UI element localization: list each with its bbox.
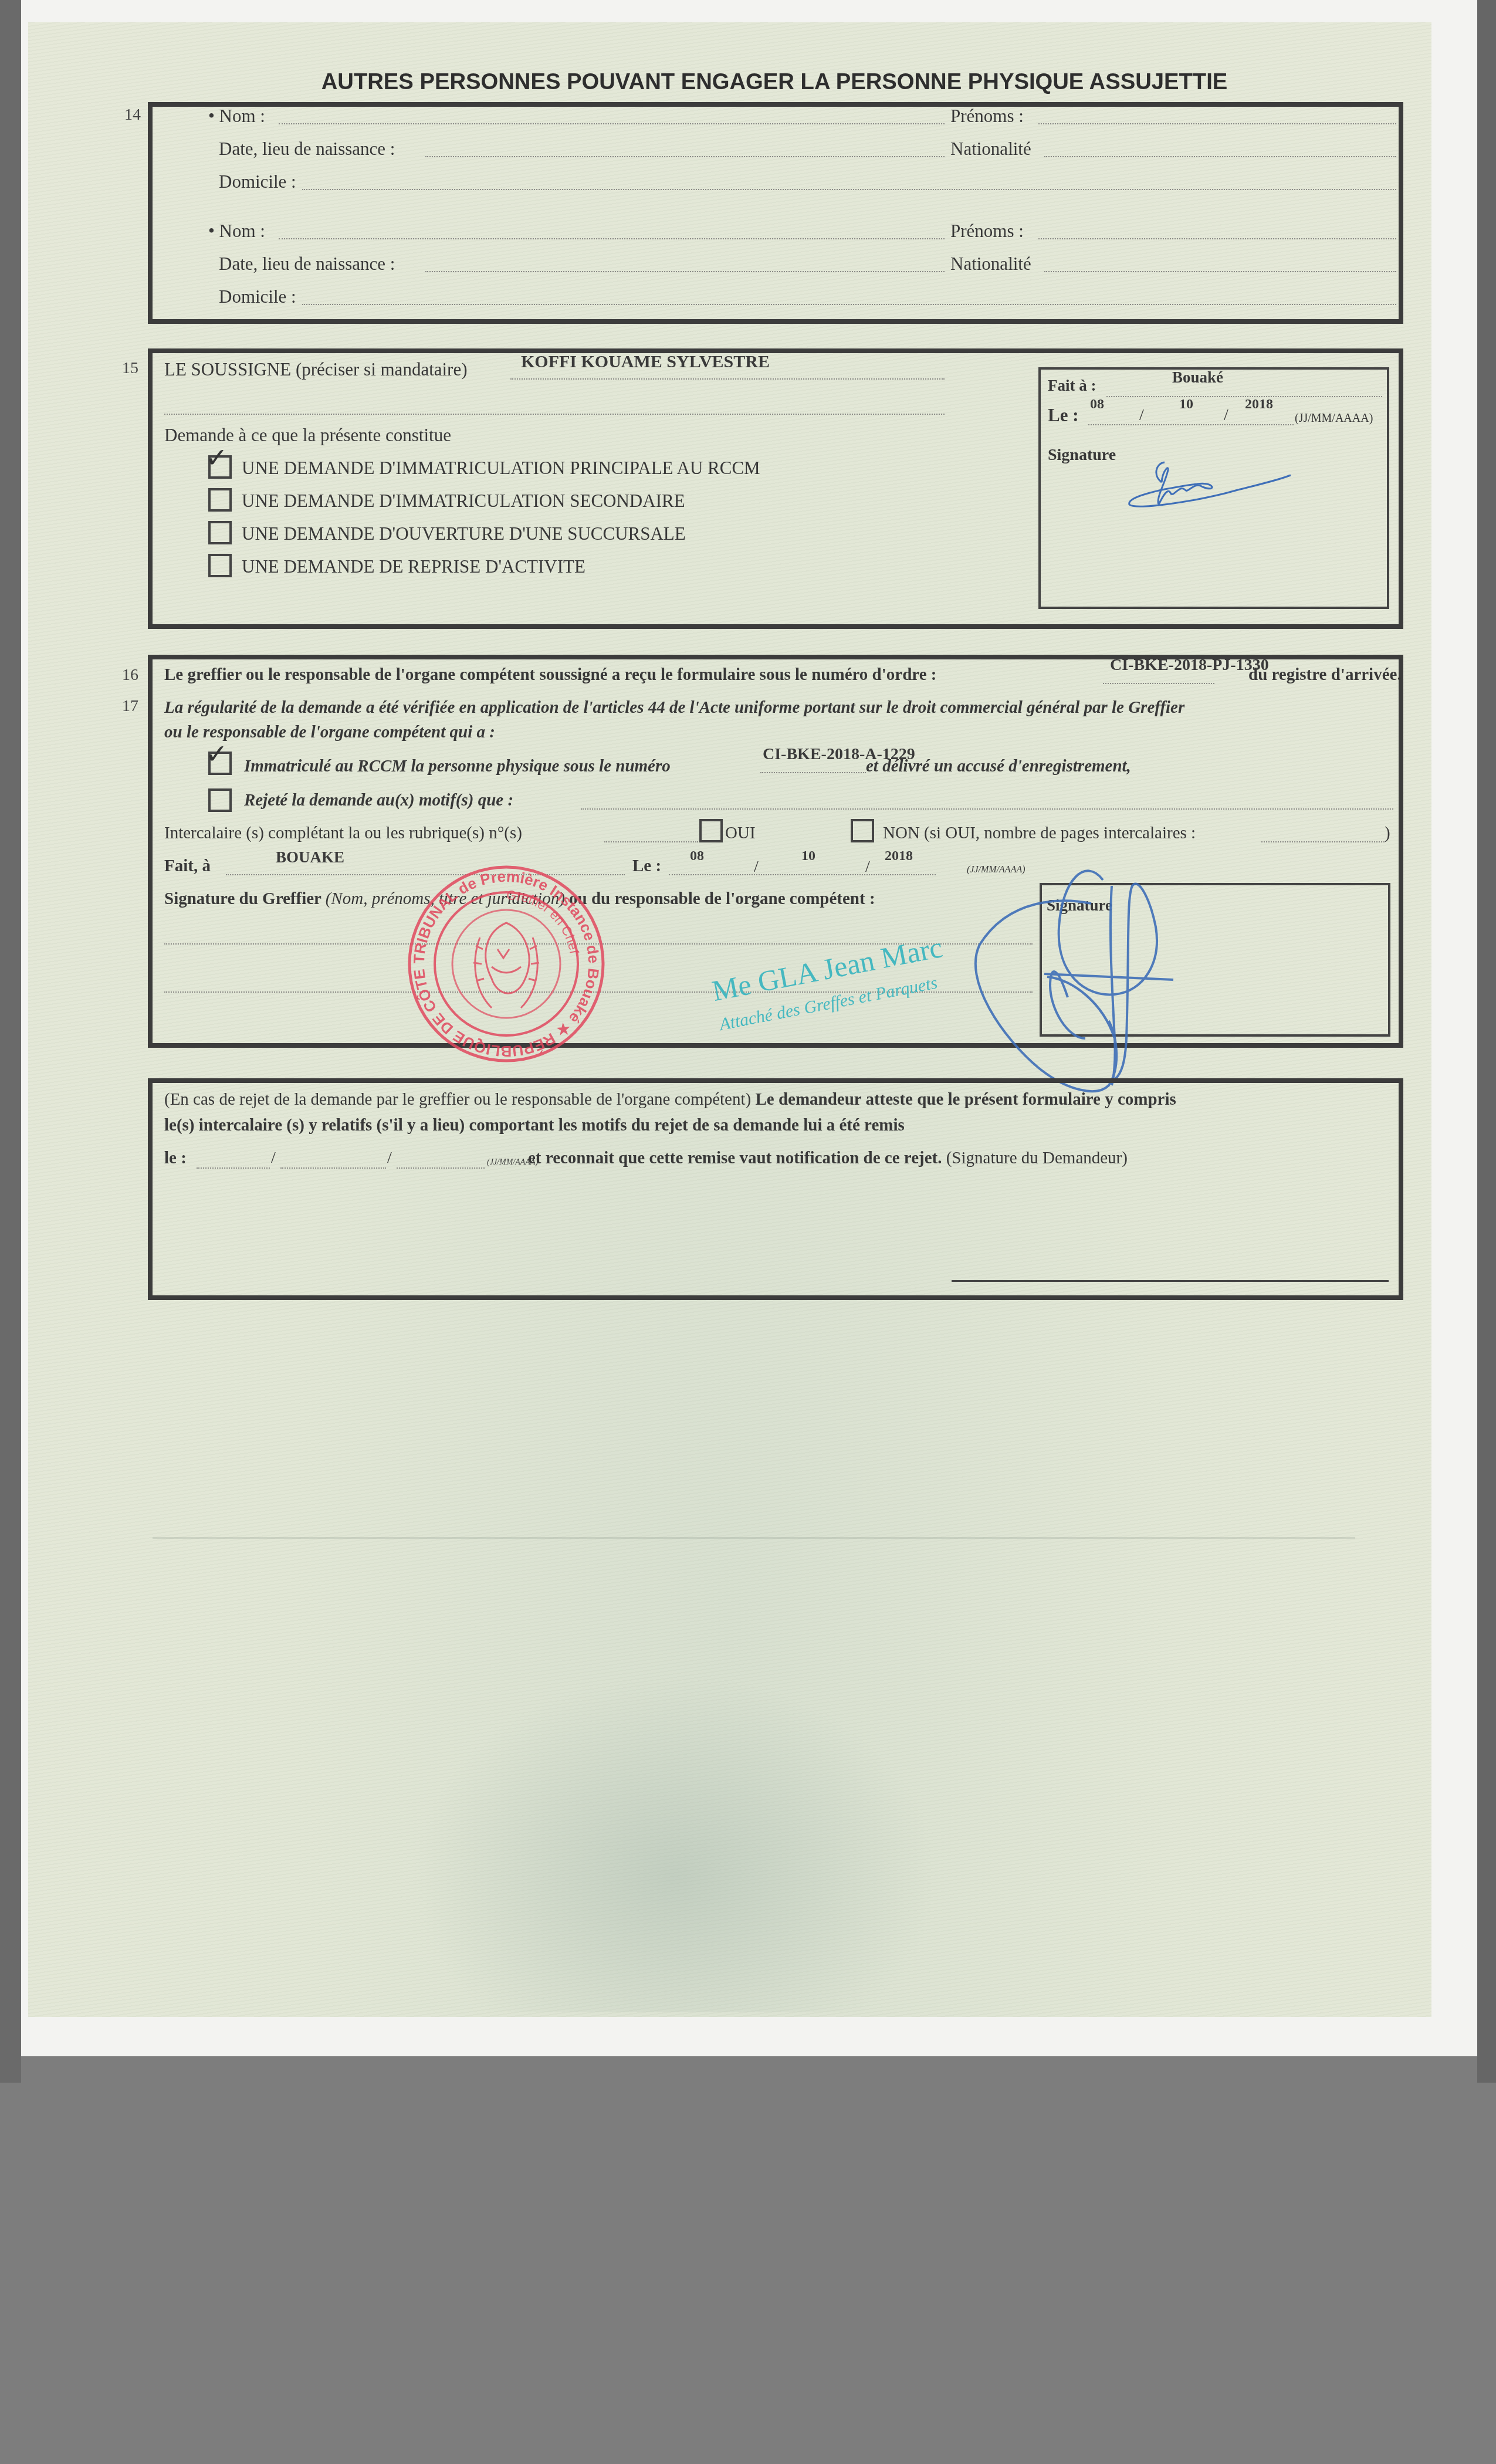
section-number-16: 16 [122,666,138,685]
option-immatriculation-secondaire: UNE DEMANDE D'IMMATRICULATION SECONDAIRE [242,490,685,512]
le-label: Le : [632,857,661,876]
section-number-17: 17 [122,697,138,716]
prenoms-label: Prénoms : [950,106,1024,127]
nationalite-field[interactable] [1044,271,1396,272]
scan-border-left [0,0,21,2083]
scan-border-right [1477,0,1496,2083]
rejection-box [148,1078,1403,1300]
date-month[interactable]: 10 [1179,397,1193,412]
date-year[interactable]: 2018 [885,848,913,864]
section-17-intro-line1: La régularité de la demande a été vérifi… [164,698,1184,717]
numero-ordre-value[interactable]: CI-BKE-2018-PJ-1330 [1110,656,1269,675]
option-ouverture-succursale: UNE DEMANDE D'OUVERTURE D'UNE SUCCURSALE [242,523,686,544]
checkmark-icon: ✓ [205,445,228,472]
prenoms-field[interactable] [1038,123,1396,124]
immatricule-suffix: et délivré un accusé d'enregistrement, [866,757,1131,776]
rejection-line-3: et reconnait que cette remise vaut notif… [528,1149,1128,1168]
date-day[interactable]: 08 [690,848,704,864]
date-field-line [1088,424,1294,425]
signature-greffier-rest: ou du responsable de l'organe compétent … [569,889,875,908]
nationalite-label: Nationalité [950,253,1031,275]
section-16-text: Le greffier ou le responsable de l'organ… [164,665,936,685]
show-through-line [153,1502,1355,1539]
fait-a-label: Fait, à [164,857,211,876]
numero-ordre-field-line [1103,683,1214,684]
nationalite-label: Nationalité [950,138,1031,160]
section-16-suffix: du registre d'arrivée. [1248,665,1402,685]
checkbox-reprise-activite[interactable] [208,554,232,577]
intercalaire-field[interactable] [604,841,698,842]
numero-rccm-field-line [760,772,866,773]
soussigne-label: LE SOUSSIGNE (préciser si mandataire) [164,359,468,380]
date-format-hint: (JJ/MM/AAAA) [1295,412,1373,425]
signature-greffier-bold: Signature du Greffier [164,889,321,908]
rejete-label: Rejeté la demande au(x) motif(s) que : [244,791,513,810]
nom-label: • Nom : [208,106,265,127]
fait-a-value[interactable]: BOUAKE [276,848,344,867]
pages-intercalaires-field[interactable] [1261,841,1385,842]
close-paren: ) [1385,824,1390,843]
intercalaire-label: Intercalaire (s) complétant la ou les ru… [164,824,522,843]
nationalite-field[interactable] [1044,156,1396,157]
option-immatriculation-principale: UNE DEMANDE D'IMMATRICULATION PRINCIPALE… [242,458,760,479]
prenoms-label: Prénoms : [950,221,1024,242]
checkbox-rejete[interactable] [208,788,232,812]
checkmark-icon: ✓ [205,741,228,768]
domicile-label: Domicile : [219,171,296,192]
greffier-signature [968,862,1273,1109]
section-number-14: 14 [124,106,141,124]
rejection-line-1-normal: (En cas de rejet de la demande par le gr… [164,1090,751,1109]
date-day[interactable]: 08 [1090,397,1104,412]
declarant-signature [1121,458,1308,510]
naissance-field[interactable] [425,271,945,272]
watermark-emblem [411,1672,939,2012]
checkbox-non[interactable] [851,819,874,842]
rejection-date-year-field[interactable] [397,1167,485,1169]
non-label: NON (si OUI, nombre de pages intercalair… [883,824,1196,843]
date-separator: / [1224,406,1228,425]
date-year[interactable]: 2018 [1245,397,1273,412]
oui-label: OUI [725,824,756,843]
naissance-label: Date, lieu de naissance : [219,138,395,160]
page-title: AUTRES PERSONNES POUVANT ENGAGER LA PERS… [15,69,1496,95]
signature-label: Signature [1048,446,1116,465]
fait-field-line [1106,396,1382,397]
checkbox-oui[interactable] [699,819,723,842]
nom-field[interactable] [279,123,945,124]
prenoms-field[interactable] [1038,238,1396,239]
soussigne-value[interactable]: KOFFI KOUAME SYLVESTRE [521,352,770,372]
nom-field[interactable] [279,238,945,239]
section-number-15: 15 [122,359,138,378]
date-field-line [669,874,936,875]
fait-value[interactable]: Bouaké [1172,368,1223,387]
rejection-le-label: le : [164,1149,187,1168]
rejection-line-3-bold: et reconnait que cette remise vaut notif… [528,1149,942,1167]
nom-label: • Nom : [208,221,265,242]
demandeur-signature-line[interactable] [952,1280,1389,1282]
domicile-field[interactable] [302,304,1396,305]
rejection-line-1: (En cas de rejet de la demande par le gr… [164,1090,1176,1109]
option-reprise-activite: UNE DEMANDE DE REPRISE D'ACTIVITE [242,556,585,577]
soussigne-field-line [510,378,945,380]
rejection-line-3-normal: (Signature du Demandeur) [946,1149,1128,1167]
court-seal-stamp: TRIBUNAL de Première Instance de Bouaké … [404,861,609,1067]
rejection-date-day-field[interactable] [197,1167,270,1169]
rejection-line-1-bold: Le demandeur atteste que le présent form… [755,1090,1176,1109]
date-month[interactable]: 10 [801,848,815,864]
le-label: Le : [1048,405,1079,426]
date-separator: / [271,1149,276,1167]
soussigne-field-line-2 [164,414,945,415]
section-14-box [148,102,1403,324]
naissance-field[interactable] [425,156,945,157]
fait-label: Fait à : [1048,377,1096,395]
rejection-line-2: le(s) intercalaire (s) y relatifs (s'il … [164,1116,905,1135]
checkbox-immatriculation-secondaire[interactable] [208,488,232,512]
immatricule-label: Immatriculé au RCCM la personne physique… [244,757,671,776]
rejete-motifs-field[interactable] [581,808,1393,810]
domicile-label: Domicile : [219,286,296,307]
checkbox-ouverture-succursale[interactable] [208,521,232,544]
date-separator: / [1139,406,1144,425]
naissance-label: Date, lieu de naissance : [219,253,395,275]
domicile-field[interactable] [302,189,1396,190]
rejection-date-month-field[interactable] [280,1167,386,1169]
date-separator: / [387,1149,392,1167]
